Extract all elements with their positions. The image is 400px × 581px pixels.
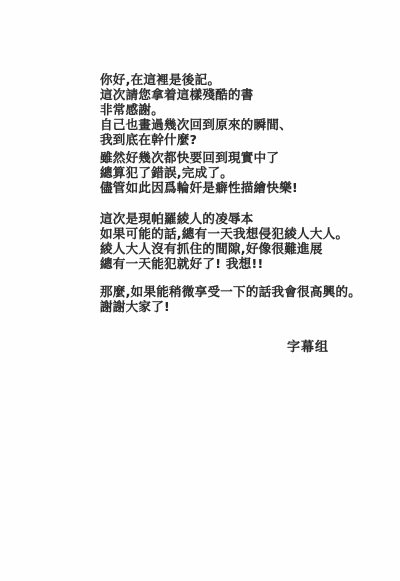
afterword-line: 儘管如此因爲輪奸是癖性描繪快樂! (100, 180, 330, 195)
translator-group-signature: 字幕组 (287, 336, 329, 355)
afterword-text-block: 你好,在這裡是後記。 這次請您拿着這樣殘酷的書 非常感謝。 自己也畫過幾次回到原… (100, 72, 330, 314)
afterword-line: 那麼,如果能稍微享受一下的話我會很高興的。 (100, 284, 330, 299)
afterword-paragraph: 你好,在這裡是後記。 這次請您拿着這樣殘酷的書 非常感謝。 自己也畫過幾次回到原… (100, 72, 330, 147)
afterword-line: 總算犯了錯誤,完成了。 (100, 165, 330, 180)
afterword-line: 雖然好幾次都快要回到現實中了 (100, 150, 330, 165)
afterword-line: 自己也畫過幾次回到原來的瞬間、 (100, 117, 330, 132)
afterword-line: 綾人大人沒有抓住的間隙,好像很難進展 (100, 241, 330, 256)
afterword-paragraph: 那麼,如果能稍微享受一下的話我會很高興的。 謝謝大家了! (100, 284, 330, 314)
afterword-line: 如果可能的話,總有一天我想侵犯綾人大人。 (100, 226, 330, 241)
afterword-line: 總有一天能犯就好了! 我想!! (100, 256, 330, 271)
afterword-line: 這次請您拿着這樣殘酷的書 (100, 87, 330, 102)
afterword-line: 你好,在這裡是後記。 (100, 72, 330, 87)
afterword-line: 非常感謝。 (100, 102, 330, 117)
afterword-line: 謝謝大家了! (100, 299, 330, 314)
afterword-paragraph: 雖然好幾次都快要回到現實中了 總算犯了錯誤,完成了。 儘管如此因爲輪奸是癖性描繪… (100, 150, 330, 195)
afterword-paragraph: 這次是現帕羅綾人的凌辱本 如果可能的話,總有一天我想侵犯綾人大人。 綾人大人沒有… (100, 211, 330, 271)
afterword-line: 這次是現帕羅綾人的凌辱本 (100, 211, 330, 226)
afterword-line: 我到底在幹什麼? (100, 132, 330, 147)
scanned-afterword-page: 你好,在這裡是後記。 這次請您拿着這樣殘酷的書 非常感謝。 自己也畫過幾次回到原… (0, 0, 400, 581)
